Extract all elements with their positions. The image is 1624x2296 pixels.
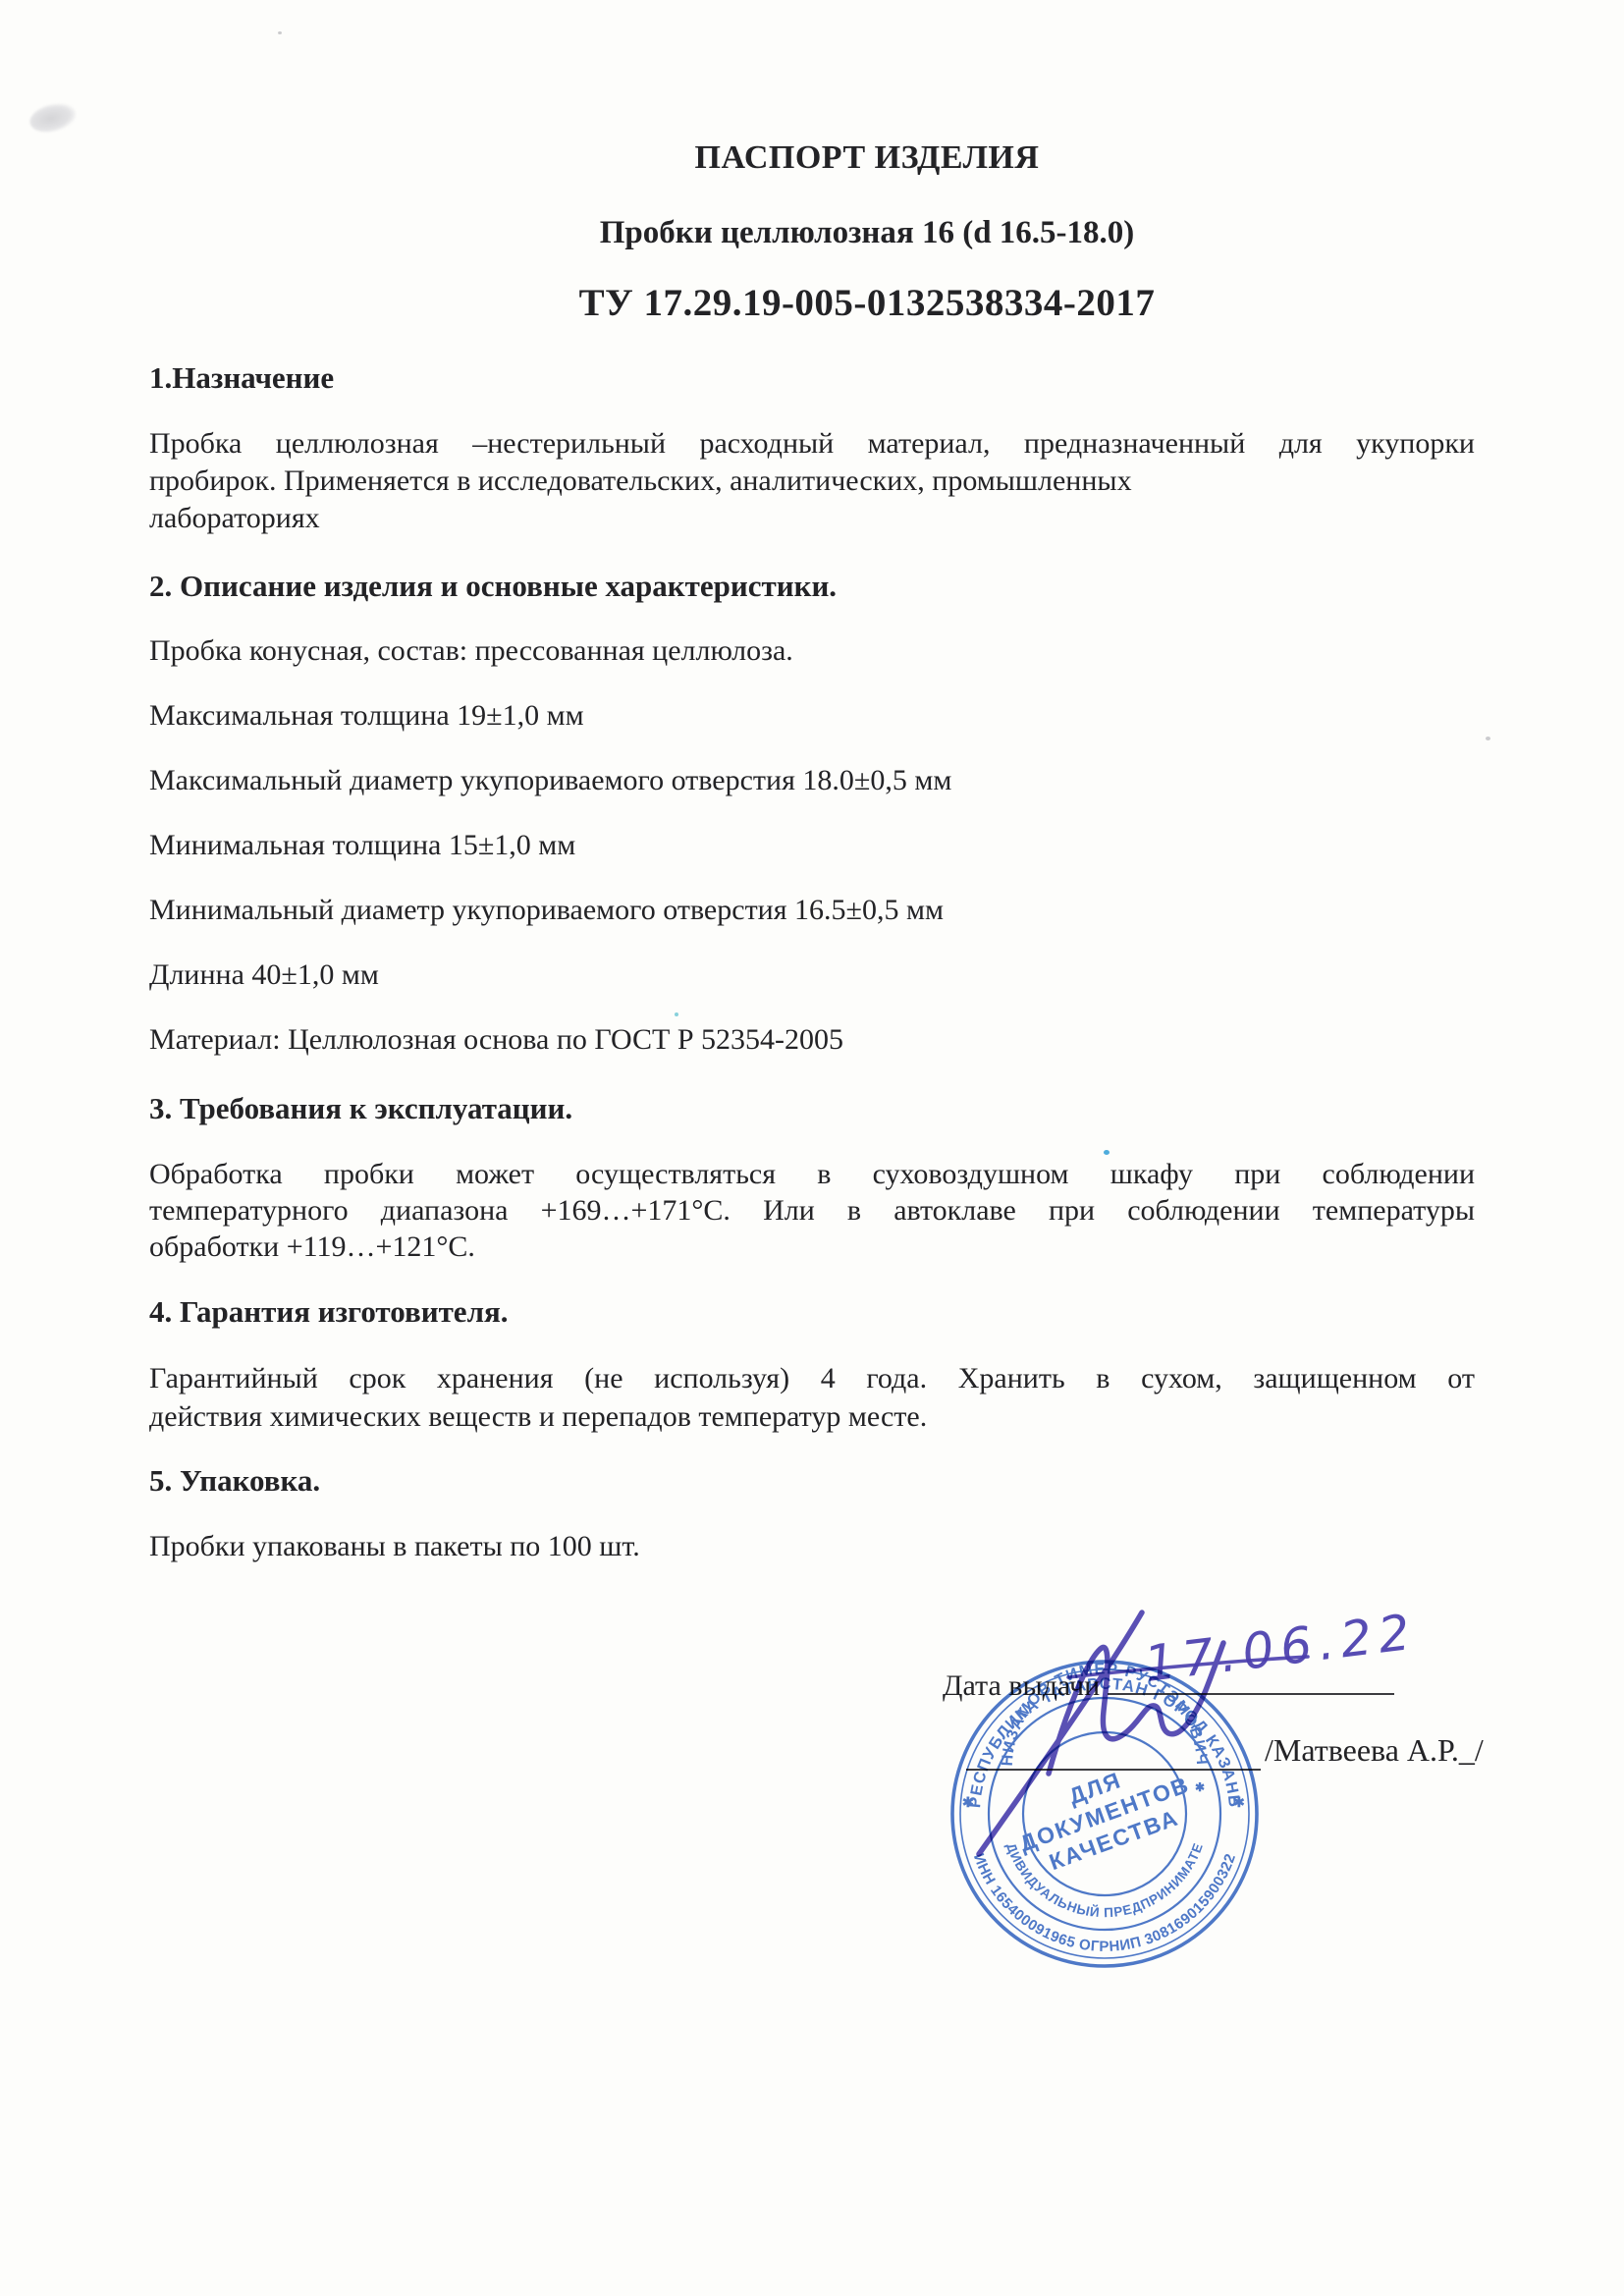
- section-4-paragraph: Гарантийный срок хранения (не используя)…: [149, 1359, 1475, 1436]
- paragraph-line: лабораториях: [149, 500, 1475, 537]
- scan-speck: [1486, 737, 1490, 740]
- spec-line: Минимальная толщина 15±1,0 мм: [149, 826, 1475, 865]
- scan-speck: [278, 31, 282, 34]
- handwritten-ink-layer: 17.06.22: [923, 1571, 1532, 1895]
- spec-line: Максимальная толщина 19±1,0 мм: [149, 696, 1475, 736]
- spec-line: Пробка конусная, состав: прессованная це…: [149, 631, 1475, 671]
- section-2-spec-list: Пробка конусная, состав: прессованная це…: [149, 631, 1475, 1060]
- tu-number: ТУ 17.29.19-005-0132538334-2017: [204, 280, 1530, 326]
- section-5-heading: 5. Упаковка.: [149, 1461, 1475, 1501]
- section-5-paragraph: Пробки упакованы в пакеты по 100 шт.: [149, 1528, 1475, 1565]
- product-name: Пробки целлюлозная 16 (d 16.5-18.0): [204, 213, 1530, 252]
- paragraph-line: Пробка целлюлозная –нестерильный расходн…: [149, 425, 1475, 463]
- section-3-paragraph: Обработка пробки может осуществляться в …: [149, 1156, 1475, 1265]
- scanned-document-page: ПАСПОРТ ИЗДЕЛИЯ Пробки целлюлозная 16 (d…: [0, 0, 1624, 2296]
- paragraph-line: Обработка пробки может осуществляться в …: [149, 1156, 1475, 1192]
- spec-line: Максимальный диаметр укупориваемого отве…: [149, 761, 1475, 800]
- spec-line: Минимальный диаметр укупориваемого отвер…: [149, 891, 1475, 930]
- document-body: ПАСПОРТ ИЗДЕЛИЯ Пробки целлюлозная 16 (d…: [0, 0, 1624, 1565]
- section-2-heading: 2. Описание изделия и основные характери…: [149, 567, 1475, 606]
- spec-line: Материал: Целлюлозная основа по ГОСТ Р 5…: [149, 1020, 1475, 1060]
- section-1-paragraph: Пробка целлюлозная –нестерильный расходн…: [149, 425, 1475, 537]
- paragraph-line: Гарантийный срок хранения (не используя)…: [149, 1359, 1475, 1397]
- paragraph-line: Пробки упакованы в пакеты по 100 шт.: [149, 1528, 1475, 1565]
- scan-speck: [1104, 1150, 1110, 1155]
- scan-speck: [675, 1012, 678, 1016]
- paragraph-line: обработки +119…+121°С.: [149, 1229, 1475, 1265]
- paragraph-line: температурного диапазона +169…+171°С. Ил…: [149, 1192, 1475, 1229]
- handwritten-date: 17.06.22: [1141, 1603, 1420, 1693]
- section-1-heading: 1.Назначение: [149, 358, 1475, 398]
- page-title: ПАСПОРТ ИЗДЕЛИЯ: [204, 137, 1530, 178]
- paragraph-line: действия химических веществ и перепадов …: [149, 1397, 1475, 1436]
- section-4-heading: 4. Гарантия изготовителя.: [149, 1292, 1475, 1332]
- section-3-heading: 3. Требования к эксплуатации.: [149, 1089, 1475, 1128]
- paragraph-line: пробирок. Применяется в исследовательски…: [149, 463, 1475, 500]
- spec-line: Длинна 40±1,0 мм: [149, 956, 1475, 995]
